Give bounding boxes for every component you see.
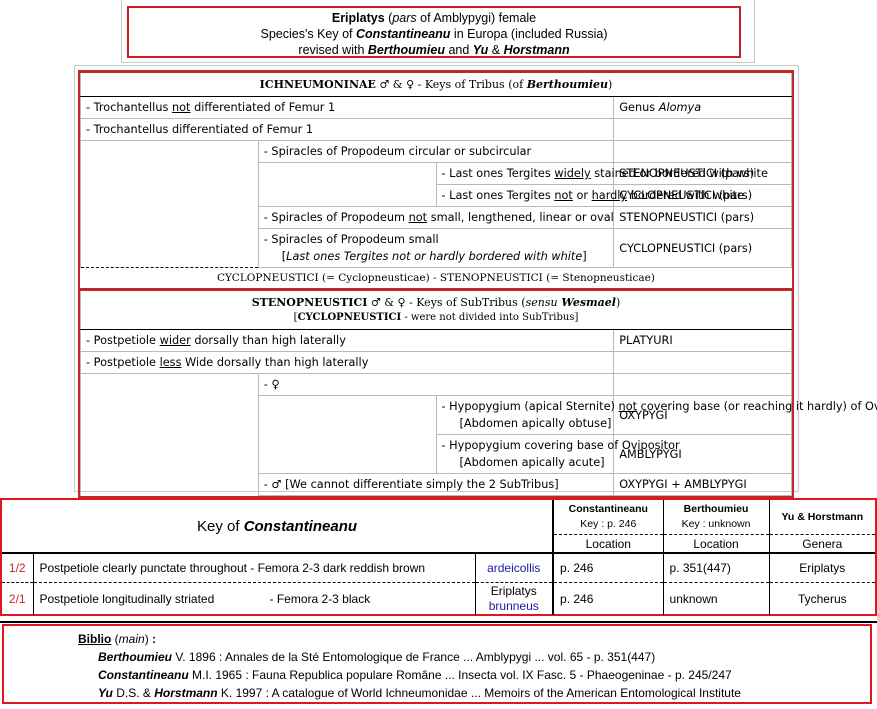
text: Key : unknown <box>682 518 751 530</box>
subtribus-header: STENOPNEUSTICI ♂ & ♀ - Keys of SubTribus… <box>81 291 792 330</box>
text: Key of <box>197 518 244 535</box>
couplet-number: 2/1 <box>2 583 33 616</box>
key-result <box>614 352 792 374</box>
author-name: Berthoumieu <box>368 43 445 57</box>
key-couplet: - Postpetiole less Wide dorsally than hi… <box>81 352 614 374</box>
author-name: Berthoumieu <box>98 650 172 664</box>
table-row: - Spiracles of Propodeum circular or sub… <box>81 141 792 163</box>
text: - Femora 2-3 black <box>270 592 371 606</box>
biblio-heading: Biblio (main) : <box>78 630 870 648</box>
text: Postpetiole longitudinally striated <box>40 592 270 606</box>
text: Genus <box>619 101 659 114</box>
key-couplet: - ♂ [We cannot differentiate simply the … <box>258 474 614 496</box>
text: ) <box>608 78 612 91</box>
key-title: Key of Constantineanu <box>2 500 553 553</box>
author-name: Constantineanu <box>98 668 189 682</box>
species-name: ardeicollis <box>475 553 553 583</box>
key-couplet: - Hypopygium covering base of Ovipositor… <box>436 435 614 474</box>
text: not <box>409 211 428 224</box>
species-name: Eriplatysbrunneus <box>475 583 553 616</box>
text: brunneus <box>489 599 539 613</box>
author-name: Yu <box>473 43 489 57</box>
author-name: Berthoumieu <box>684 503 749 515</box>
biblio-ref: Constantineanu M.I. 1965 : Fauna Republi… <box>78 666 870 684</box>
key-result: PLATYURI <box>614 330 792 352</box>
author-name: Berthoumieu <box>527 78 608 91</box>
keys-box: ICHNEUMONINAE ♂ & ♀ - Keys of Tribus (of… <box>78 70 794 499</box>
text: small, lengthened, linear or oval <box>427 211 614 224</box>
text: M.I. 1965 : Fauna Republica populare Rom… <box>189 668 732 682</box>
column-header: ConstantineanuKey : p. 246 <box>553 500 663 535</box>
author-name: Constantineanu <box>244 518 357 535</box>
text: or <box>573 189 592 202</box>
key-result: CYCLOPNEUSTICI (pars) <box>614 185 792 207</box>
key-couplet: - Last ones Tergites not or hardly borde… <box>436 185 614 207</box>
text: CYCLOPNEUSTICI <box>298 312 402 323</box>
text: Last ones Tergites not or hardly bordere… <box>286 250 582 263</box>
subtribus-header-line-2: [CYCLOPNEUSTICI - were not divided into … <box>81 310 791 325</box>
sex-symbols: ♂ & ♀ <box>376 78 418 91</box>
biblio-box: Biblio (main) : Berthoumieu V. 1896 : An… <box>2 624 872 704</box>
note: [Abdomen apically acute] <box>442 454 605 471</box>
key-result <box>614 374 792 396</box>
berthoumieu-location: p. 351(447) <box>663 553 769 583</box>
key-couplet: - Spiracles of Propodeum not small, leng… <box>258 207 614 229</box>
genera: Tycherus <box>769 583 875 616</box>
author-name: Horstmann <box>154 686 217 700</box>
text: - Hypopygium covering base of Ovipositor <box>442 437 609 454</box>
column-header: Yu & Horstmann <box>769 500 875 535</box>
text: - Postpetiole <box>86 334 160 347</box>
constantineanu-key-box: Key of Constantineanu ConstantineanuKey … <box>0 498 877 616</box>
column-subheader: Location <box>663 535 769 554</box>
table-row: 2/1 Postpetiole longitudinally striated-… <box>2 583 875 616</box>
subtribus-key-table: STENOPNEUSTICI ♂ & ♀ - Keys of SubTribus… <box>80 291 792 496</box>
text: Species's Key of <box>261 27 357 41</box>
key-couplet: - Trochantellus not differentiated of Fe… <box>81 97 614 119</box>
text: Wide dorsally than high laterally <box>181 356 368 369</box>
genus-name: Eriplatys <box>491 584 537 598</box>
text: V. 1896 : Annales de la Sté Entomologiqu… <box>172 650 655 664</box>
text: - Hypopygium (apical Sternite) not cover… <box>442 398 609 415</box>
indent-cell <box>258 163 436 207</box>
biblio-ref: Yu D.S. & Horstmann K. 1997 : A catalogu… <box>78 684 870 702</box>
title-line-3: revised with Berthoumieu and Yu & Horstm… <box>129 42 739 58</box>
key-couplet: - Trochantellus differentiated of Femur … <box>81 119 614 141</box>
author-name: Yu <box>98 686 113 700</box>
text: D.S. & <box>113 686 154 700</box>
key-couplet: - Spiracles of Propodeum circular or sub… <box>258 141 614 163</box>
text: - Keys of Tribus (of <box>418 78 527 91</box>
genus-name: Alomya <box>659 101 701 114</box>
text: ) <box>616 296 620 309</box>
column-header: BerthoumieuKey : unknown <box>663 500 769 535</box>
genera: Eriplatys <box>769 553 875 583</box>
author-name: Constantineanu <box>569 503 648 515</box>
text: not <box>172 101 191 114</box>
text: revised with <box>298 43 367 57</box>
key-result: Genus Alomya <box>614 97 792 119</box>
text: - were not divided into SubTribus] <box>401 312 578 323</box>
text: in Europa (included Russia) <box>450 27 607 41</box>
couplet-number: 1/2 <box>2 553 33 583</box>
text: not <box>554 189 573 202</box>
key-couplet: - ♀ <box>258 374 614 396</box>
text: ardeicollis <box>487 561 540 575</box>
text: K. 1997 : A catalogue of World Ichneumon… <box>218 686 741 700</box>
table-row: - Postpetiole wider dorsally than high l… <box>81 330 792 352</box>
text: differentiated of Femur 1 <box>190 101 335 114</box>
heading: STENOPNEUSTICI <box>252 296 368 309</box>
text: covering base (or reaching it hardly) of… <box>637 400 877 413</box>
note: [Abdomen apically obtuse] <box>442 415 612 432</box>
indent-cell <box>81 141 259 268</box>
sex-symbols: ♂ & ♀ <box>367 296 409 309</box>
text: dorsally than high laterally <box>191 334 346 347</box>
text: - Keys of SubTribus ( <box>409 296 526 309</box>
table-row: - Postpetiole less Wide dorsally than hi… <box>81 352 792 374</box>
key-result <box>614 119 792 141</box>
text: wider <box>160 334 191 347</box>
table-row: 1/2 Postpetiole clearly punctate through… <box>2 553 875 583</box>
indent-cell <box>258 396 436 474</box>
text: - Spiracles of Propodeum small <box>264 231 609 248</box>
genus-name: Eriplatys <box>332 11 385 25</box>
text: - Trochantellus <box>86 101 172 114</box>
berthoumieu-location: unknown <box>663 583 769 616</box>
heading: ICHNEUMONINAE <box>260 78 376 91</box>
title-line-1: Eriplatys (pars of Amblypygi) female <box>129 10 739 26</box>
constantineanu-location: p. 246 <box>553 553 663 583</box>
couplet-description: Postpetiole longitudinally striated- Fem… <box>33 583 475 616</box>
key-result: STENOPNEUSTICI (pars) <box>614 207 792 229</box>
text: ] <box>582 250 586 263</box>
text: - Hypopygium (apical Sternite) <box>442 400 619 413</box>
couplet-description: Postpetiole clearly punctate throughout … <box>33 553 475 583</box>
key-couplet: - Hypopygium (apical Sternite) not cover… <box>436 396 614 435</box>
tribus-summary: CYCLOPNEUSTICI (= Cyclopneusticae) - STE… <box>81 268 792 289</box>
text: less <box>160 356 182 369</box>
text: and <box>445 43 473 57</box>
table-row: - Trochantellus differentiated of Femur … <box>81 119 792 141</box>
text: Key : p. 246 <box>580 518 636 530</box>
text: main <box>119 632 145 646</box>
tribus-key-table: ICHNEUMONINAE ♂ & ♀ - Keys of Tribus (of… <box>80 73 792 288</box>
text: pars <box>392 11 416 25</box>
author-name: Wesmael <box>558 296 616 309</box>
author-name: Yu & Horstmann <box>781 511 863 523</box>
subtribus-header-line-1: STENOPNEUSTICI ♂ & ♀ - Keys of SubTribus… <box>81 295 791 310</box>
text: widely <box>554 167 590 180</box>
title-box: Eriplatys (pars of Amblypygi) female Spe… <box>127 6 741 58</box>
indent-cell <box>81 374 259 496</box>
divider <box>0 621 877 623</box>
author-name: Constantineanu <box>356 27 450 41</box>
column-subheader: Location <box>553 535 663 554</box>
text: of Amblypygi) female <box>417 11 537 25</box>
column-subheader: Genera <box>769 535 875 554</box>
table-row: - Trochantellus not differentiated of Fe… <box>81 97 792 119</box>
text: sensu <box>526 296 558 309</box>
text: - Last ones Tergites <box>442 189 555 202</box>
key-couplet: - Spiracles of Propodeum small[Last ones… <box>258 229 614 268</box>
text: & <box>488 43 503 57</box>
note: [Last ones Tergites not or hardly border… <box>264 248 587 265</box>
text: - Last ones Tergites <box>442 167 555 180</box>
biblio-ref: Berthoumieu V. 1896 : Annales de la Sté … <box>78 648 870 666</box>
key-result: CYCLOPNEUSTICI (pars) <box>614 229 792 268</box>
text: - Spiracles of Propodeum <box>264 211 409 224</box>
key-result <box>614 141 792 163</box>
table-row: - ♀ <box>81 374 792 396</box>
constantineanu-key-table: Key of Constantineanu ConstantineanuKey … <box>2 500 875 615</box>
title-line-2: Species's Key of Constantineanu in Europ… <box>129 26 739 42</box>
key-couplet: - Last ones Tergites widely stained or b… <box>436 163 614 185</box>
key-couplet: - Postpetiole wider dorsally than high l… <box>81 330 614 352</box>
text: Biblio <box>78 632 111 646</box>
author-name: Horstmann <box>504 43 570 57</box>
text: - Postpetiole <box>86 356 160 369</box>
key-result: OXYPYGI + AMBLYPYGI <box>614 474 792 496</box>
constantineanu-location: p. 246 <box>553 583 663 616</box>
tribus-header: ICHNEUMONINAE ♂ & ♀ - Keys of Tribus (of… <box>81 73 792 97</box>
